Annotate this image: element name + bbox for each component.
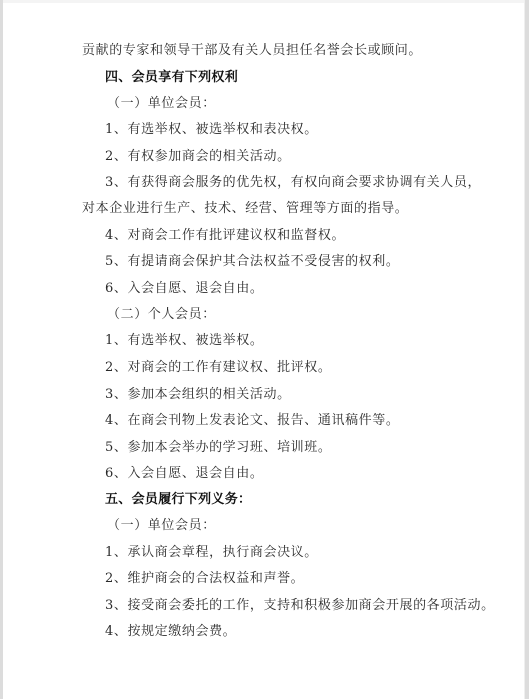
document-page: 贡献的专家和领导干部及有关人员担任名誉会长或顾问。 四、会员享有下列权利 （一）… (0, 0, 529, 699)
list-item: 1、有选举权、被选举权。 (105, 333, 263, 349)
list-item: 5、参加本会举办的学习班、培训班。 (105, 440, 331, 456)
viewer-left-border (0, 0, 3, 699)
page-top-shade (3, 0, 524, 3)
list-item: 4、在商会刊物上发表论文、报告、通讯稿件等。 (105, 413, 399, 429)
list-item: 3、有获得商会服务的优先权，有权向商会要求协调有关人员， (105, 175, 481, 191)
list-item: 5、有提请商会保护其合法权益不受侵害的权利。 (105, 254, 399, 270)
viewer-right-border (525, 0, 529, 699)
subheading-individual-members: （二）个人会员： (107, 307, 216, 323)
list-item: 4、对商会工作有批评建议权和监督权。 (105, 228, 345, 244)
list-item: 3、接受商会委托的工作，支持和积极参加商会开展的各项活动。 (105, 598, 495, 614)
list-item: 3、参加本会组织的相关活动。 (105, 387, 291, 403)
list-item: 1、有选举权、被选举权和表决权。 (105, 122, 318, 138)
subheading-unit-members: （一）单位会员： (107, 96, 216, 112)
list-item: 2、维护商会的合法权益和声誉。 (105, 571, 304, 587)
list-item: 6、入会自愿、退会自由。 (105, 281, 263, 297)
list-item: 2、有权参加商会的相关活动。 (105, 149, 291, 165)
list-item: 1、承认商会章程，执行商会决议。 (105, 545, 318, 561)
section-heading-obligations: 五、会员履行下列义务： (105, 492, 251, 508)
subheading-unit-members: （一）单位会员： (107, 518, 216, 534)
paragraph-continuation: 贡献的专家和领导干部及有关人员担任名誉会长或顾问。 (82, 43, 422, 59)
list-item: 2、对商会的工作有建议权、批评权。 (105, 360, 331, 376)
section-heading-rights: 四、会员享有下列权利 (105, 70, 238, 86)
list-item: 4、按规定缴纳会费。 (105, 624, 236, 640)
list-item: 6、入会自愿、退会自由。 (105, 466, 263, 482)
list-item-continuation: 对本企业进行生产、技术、经营、管理等方面的指导。 (82, 201, 408, 217)
